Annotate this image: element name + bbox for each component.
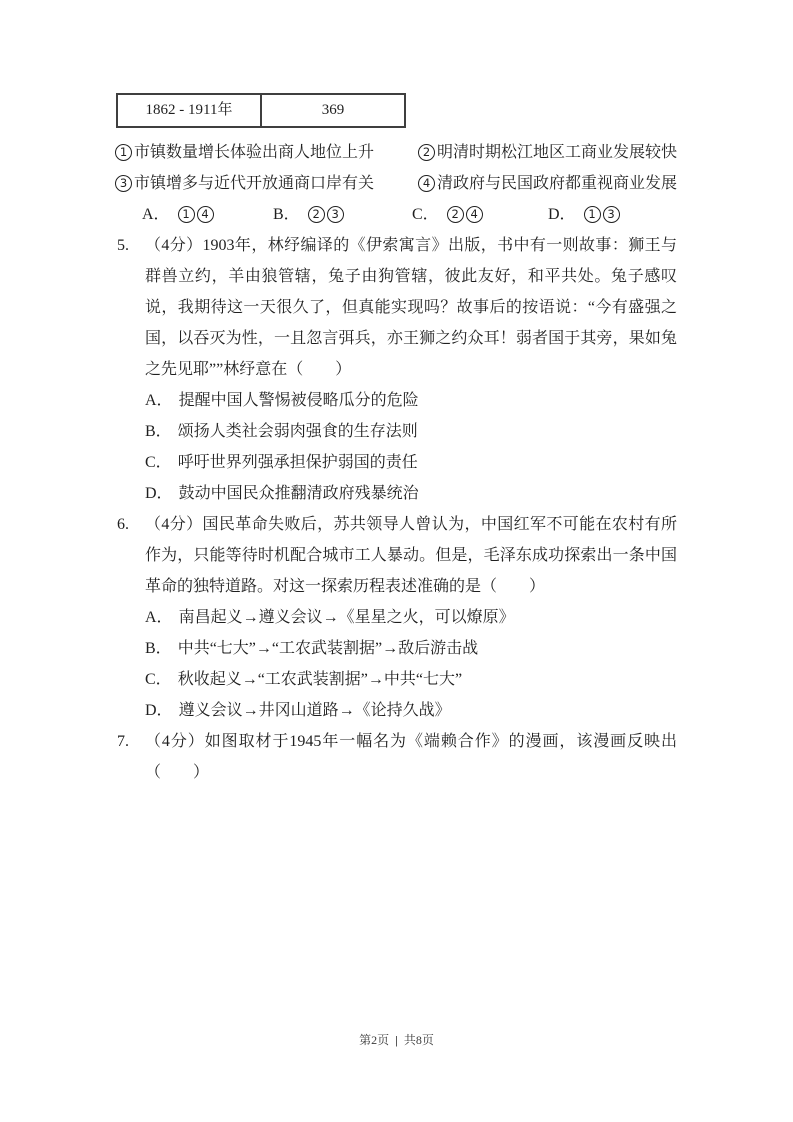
option-a: A．南昌起义→遵义会议→《星星之火，可以燎原》: [145, 602, 677, 633]
q4-options-row: A．14 B．23 C．24 D．13: [115, 199, 677, 230]
option-text: 秋收起义→“工农武装割据”→中共“七大”: [178, 671, 462, 688]
circled-number-icon: 1: [178, 206, 195, 223]
page-footer: 第2页|共8页: [0, 1031, 793, 1049]
question-7: 7. （4分）如图取材于1945年一幅名为《端赖合作》的漫画，该漫画反映出（ ）: [115, 726, 677, 788]
option-label: A．: [145, 609, 173, 626]
question-points: （4分）: [145, 733, 205, 750]
option-label: D．: [145, 702, 173, 719]
option-text: 鼓动中国民众推翻清政府残暴统治: [179, 485, 419, 502]
option-text: 颂扬人类社会弱肉强食的生存法则: [178, 423, 418, 440]
option-text: 提醒中国人警惕被侵略瓜分的危险: [179, 392, 419, 409]
circled-number-icon: 4: [197, 206, 214, 223]
option-label: C．: [145, 454, 172, 471]
footer-page-number: 第2页: [359, 1033, 389, 1047]
statement-text: 清政府与民国政府都重视商业发展: [437, 175, 677, 192]
option-a: A．提醒中国人警惕被侵略瓜分的危险: [145, 385, 677, 416]
option-text: 南昌起义→遵义会议→《星星之火，可以燎原》: [179, 609, 515, 626]
question-stem: （4分）1903年，林纾编译的《伊索寓言》出版，书中有一则故事：狮王与群兽立约，…: [145, 230, 677, 385]
option-b: B．23: [273, 199, 412, 230]
table-row: 1862 - 1911年 369: [117, 94, 405, 127]
option-text: 中共“七大”→“工农武装割据”→敌后游击战: [178, 640, 478, 657]
option-d: D．遵义会议→井冈山道路→《论持久战》: [145, 695, 677, 726]
option-label: B．: [145, 640, 172, 657]
question-6: 6. （4分）国民革命失败后，苏共领导人曾认为，中国红军不可能在农村有所作为，只…: [115, 509, 677, 726]
footer-separator: |: [395, 1033, 398, 1047]
question-number: 5.: [117, 230, 129, 261]
question-stem: （4分）如图取材于1945年一幅名为《端赖合作》的漫画，该漫画反映出（ ）: [145, 726, 677, 788]
circled-number-icon: 3: [603, 206, 620, 223]
question-stem-text: 如图取材于1945年一幅名为《端赖合作》的漫画，该漫画反映出（ ）: [145, 733, 677, 781]
circled-number-icon: 2: [447, 206, 464, 223]
statement-line-2: 3市镇增多与近代开放通商口岸有关 4清政府与民国政府都重视商业发展: [115, 168, 677, 199]
option-c: C．呼吁世界列强承担保护弱国的责任: [145, 447, 677, 478]
statement-text: 明清时期松江地区工商业发展较快: [437, 144, 677, 161]
option-label: B．: [145, 423, 172, 440]
circled-number-icon: 3: [115, 175, 132, 192]
table-cell-period: 1862 - 1911年: [117, 94, 261, 127]
option-label: A．: [142, 206, 170, 223]
question-points: （4分）: [145, 516, 203, 533]
statement-item-1: 1市镇数量增长体验出商人地位上升: [115, 137, 374, 168]
question-stem: （4分）国民革命失败后，苏共领导人曾认为，中国红军不可能在农村有所作为，只能等待…: [145, 509, 677, 602]
option-text: 呼吁世界列强承担保护弱国的责任: [178, 454, 418, 471]
option-d: D．13: [548, 199, 622, 230]
question-stem-text: 国民革命失败后，苏共领导人曾认为，中国红军不可能在农村有所作为，只能等待时机配合…: [145, 516, 677, 595]
circled-number-icon: 2: [308, 206, 325, 223]
option-b: B．中共“七大”→“工农武装割据”→敌后游击战: [145, 633, 677, 664]
page-content: 1862 - 1911年 369 1市镇数量增长体验出商人地位上升 2明清时期松…: [115, 93, 677, 788]
option-a: A．14: [142, 199, 273, 230]
statement-text: 市镇数量增长体验出商人地位上升: [134, 144, 374, 161]
question-stem-text: 1903年，林纾编译的《伊索寓言》出版，书中有一则故事：狮王与群兽立约，羊由狼管…: [145, 237, 677, 378]
statement-item-3: 3市镇增多与近代开放通商口岸有关: [115, 168, 374, 199]
circled-number-icon: 1: [115, 144, 132, 161]
question-number: 7.: [117, 726, 129, 757]
question-number: 6.: [117, 509, 129, 540]
circled-number-icon: 1: [584, 206, 601, 223]
circled-number-icon: 4: [466, 206, 483, 223]
option-c: C．秋收起义→“工农武装割据”→中共“七大”: [145, 664, 677, 695]
option-label: D．: [145, 485, 173, 502]
option-label: D．: [548, 206, 576, 223]
statement-item-2: 2明清时期松江地区工商业发展较快: [418, 137, 677, 168]
statement-item-4: 4清政府与民国政府都重视商业发展: [418, 168, 677, 199]
exam-page: 1862 - 1911年 369 1市镇数量增长体验出商人地位上升 2明清时期松…: [0, 0, 793, 1122]
question-5: 5. （4分）1903年，林纾编译的《伊索寓言》出版，书中有一则故事：狮王与群兽…: [115, 230, 677, 509]
option-label: B．: [273, 206, 300, 223]
circled-number-icon: 2: [418, 144, 435, 161]
option-c: C．24: [412, 199, 548, 230]
table-cell-count: 369: [261, 94, 405, 127]
footer-total-pages: 共8页: [404, 1033, 434, 1047]
option-text: 遵义会议→井冈山道路→《论持久战》: [179, 702, 451, 719]
option-b: B．颂扬人类社会弱肉强食的生存法则: [145, 416, 677, 447]
option-label: C．: [145, 671, 172, 688]
option-label: A．: [145, 392, 173, 409]
circled-number-icon: 4: [418, 175, 435, 192]
statement-text: 市镇增多与近代开放通商口岸有关: [134, 175, 374, 192]
data-table: 1862 - 1911年 369: [116, 93, 406, 128]
circled-number-icon: 3: [327, 206, 344, 223]
option-label: C．: [412, 206, 439, 223]
statement-line-1: 1市镇数量增长体验出商人地位上升 2明清时期松江地区工商业发展较快: [115, 137, 677, 168]
question-points: （4分）: [145, 237, 203, 254]
option-d: D．鼓动中国民众推翻清政府残暴统治: [145, 478, 677, 509]
